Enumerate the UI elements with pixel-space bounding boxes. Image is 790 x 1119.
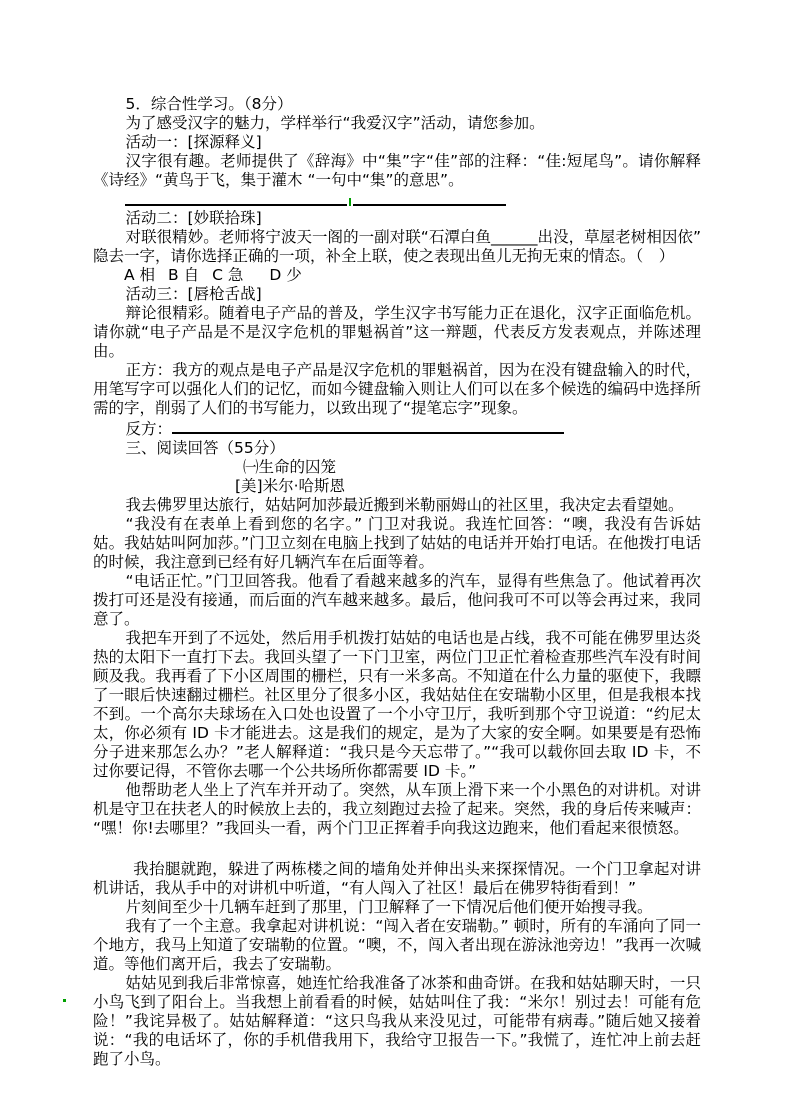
- option-A: A 相: [124, 266, 155, 284]
- proofreading-mark: [63, 999, 66, 1002]
- option-D: D 少: [269, 266, 301, 284]
- q5-number-heading: 5．综合性学习。（8分）: [93, 95, 701, 114]
- con-side-label: 反方：: [126, 420, 173, 438]
- reading-paragraph-1: 我去佛罗里达旅行，姑姑阿加莎最近搬到米勒丽姆山的社区里，我决定去看望她。: [93, 496, 701, 515]
- paragraph-spacer: [93, 838, 701, 860]
- reading-author: [美]米尔·哈斯恩: [235, 477, 701, 496]
- pro-side-argument: 正方：我方的观点是电子产品是汉字危机的罪魁祸首，因为在没有键盘输入的时代，用笔写…: [93, 361, 701, 418]
- document-page: 5．综合性学习。（8分）为了感受汉字的魅力，学样举行“我爱汉字”活动，请您参加。…: [93, 95, 701, 1069]
- reading-paragraph-2: “我没有在表单上看到您的名字。” 门卫对我说。我连忙回答：“噢，我没有告诉姑姑。…: [93, 515, 701, 572]
- proofreading-tick-icon: [349, 198, 351, 206]
- answer-underline-segment: [125, 190, 347, 206]
- reading-paragraph-3: “电话正忙。”门卫回答我。他看了看越来越多的汽车，显得有些焦急了。他试着再次拨打…: [93, 572, 701, 629]
- option-C: C 急: [212, 266, 243, 284]
- activity2-label: 活动二：[妙联拾珠]: [93, 209, 701, 228]
- activity2-options: A 相B 自C 急D 少: [93, 266, 701, 285]
- reading-paragraph-4: 我把车开到了不远处，然后用手机拨打姑姑的电话也是占线，我不可能在佛罗里达炎热的太…: [93, 629, 701, 781]
- activity2-question: 对联很精妙。老师将宁波天一阁的一副对联“石潭白鱼______出没，草屋老树相因依…: [93, 228, 701, 266]
- reading-paragraph-9: 姑姑见到我后非常惊喜，她连忙给我准备了冰茶和曲奇饼。在我和姑姑聊天时，一只小鸟飞…: [93, 974, 701, 1069]
- activity1-label: 活动一：[探源释义]: [93, 133, 701, 152]
- answer-blank-line: [93, 190, 701, 209]
- option-B: B 自: [168, 266, 199, 284]
- reading-paragraph-6: 我抬腿就跑，躲进了两栋楼之间的墙角处并伸出头来探探情况。一个门卫拿起对讲机讲话，…: [93, 860, 701, 898]
- section3-heading: 三、阅读回答（55分）: [93, 439, 701, 458]
- answer-underline: [172, 418, 564, 434]
- activity3-label: 活动三：[唇枪舌战]: [93, 285, 701, 304]
- reading-paragraph-7: 片刻间至少十几辆车赶到了那里，门卫解释了一下情况后他们便开始搜寻我。: [93, 898, 701, 917]
- reading-paragraph-8: 我有了一个主意。我拿起对讲机说：“闯入者在安瑞勒。” 顿时，所有的车涌向了同一个…: [93, 917, 701, 974]
- reading-title: ㈠生命的囚笼: [243, 458, 701, 477]
- reading-paragraph-5: 他帮助老人坐上了汽车并开动了。突然，从车顶上滑下来一个小黑色的对讲机。对讲机是守…: [93, 781, 701, 838]
- activity3-question: 辩论很精彩。随着电子产品的普及，学生汉字书写能力正在退化，汉字正面临危机。请你就…: [93, 304, 701, 361]
- answer-underline-segment: [353, 190, 506, 206]
- con-side-answer-blank: 反方：: [93, 418, 701, 439]
- activity1-question: 汉字很有趣。老师提供了《辞海》中“集”字“佳”部的注释：“佳:短尾鸟”。请你解释…: [93, 152, 701, 190]
- q5-intro: 为了感受汉字的魅力，学样举行“我爱汉字”活动，请您参加。: [93, 114, 701, 133]
